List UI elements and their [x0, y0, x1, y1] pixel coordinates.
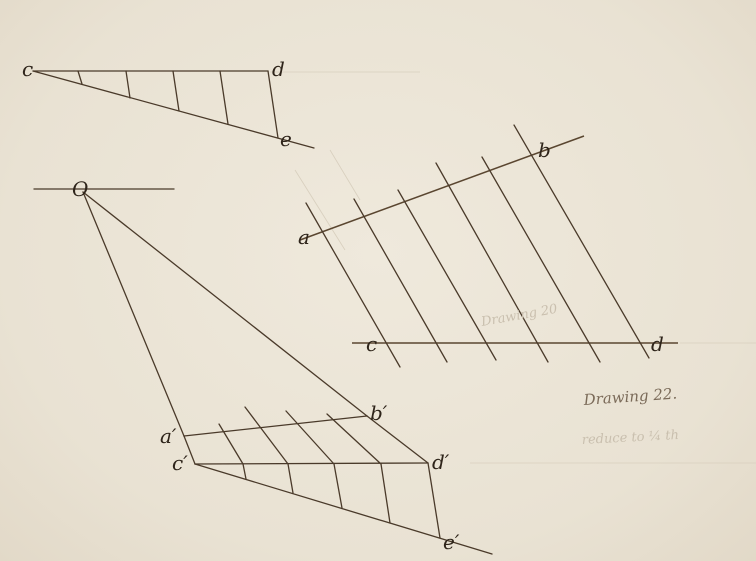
- label-o: O: [72, 177, 88, 201]
- label-c: c: [366, 332, 377, 356]
- label-b: b: [538, 138, 551, 162]
- drawing-sheet: c d e a b c d Drawing 20: [0, 0, 756, 561]
- label-a-prime: a′: [160, 424, 177, 448]
- label-e-prime: e′: [443, 530, 460, 554]
- parallel-lines-figure: a b c d Drawing 20: [298, 125, 678, 367]
- label-top-e: e: [280, 127, 292, 151]
- geometry-drawing: c d e a b c d Drawing 20: [0, 0, 756, 561]
- label-d: d: [651, 332, 664, 356]
- pencil-mark: Drawing 20: [479, 302, 558, 330]
- label-top-d: d: [272, 57, 285, 81]
- label-d-prime: d′: [432, 450, 450, 474]
- top-triangle-figure: c d e: [22, 57, 314, 151]
- label-c-prime: c′: [172, 451, 188, 475]
- label-b-prime: b′: [370, 401, 388, 425]
- label-a: a: [298, 225, 310, 249]
- drawing-caption: Drawing 22.: [582, 384, 678, 409]
- label-top-c: c: [22, 57, 33, 81]
- pencil-note: reduce to ¼ th: [581, 428, 679, 448]
